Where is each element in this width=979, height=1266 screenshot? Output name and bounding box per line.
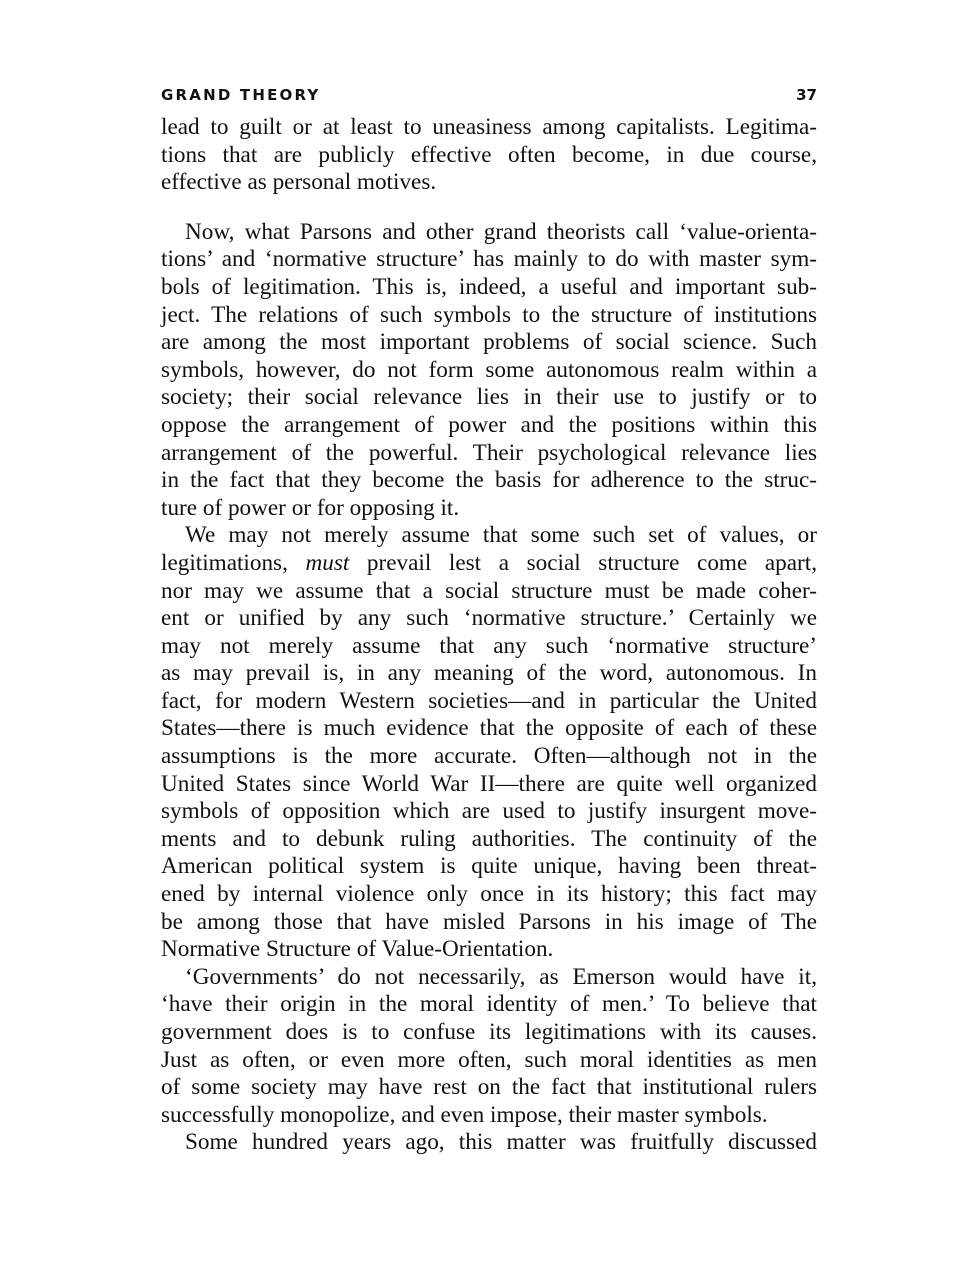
- text-line: society; their social relevance lies in …: [161, 384, 817, 412]
- text-line: We may not merely assume that some such …: [161, 522, 817, 550]
- text-line: are among the most important problems of…: [161, 329, 817, 357]
- text-line: in the fact that they become the basis f…: [161, 467, 817, 495]
- emphasis: must: [305, 550, 349, 576]
- text-line: legitimations, must prevail lest a socia…: [161, 550, 817, 578]
- text-line: American political system is quite uniqu…: [161, 853, 817, 881]
- text-line: Normative Structure of Value-Orientation…: [161, 936, 817, 964]
- text-line: States—there is much evidence that the o…: [161, 715, 817, 743]
- text-line: tions that are publicly effective often …: [161, 142, 817, 170]
- text-line: fact, for modern Western societies—and i…: [161, 688, 817, 716]
- book-page: GRAND THEORY 37 lead to guilt or at leas…: [161, 86, 817, 1157]
- text-line: be among those that have misled Parsons …: [161, 909, 817, 937]
- text-line: ened by internal violence only once in i…: [161, 881, 817, 909]
- paragraph: Now, what Parsons and other grand theori…: [161, 219, 817, 523]
- running-title: GRAND THEORY: [161, 86, 320, 104]
- text-line: may not merely assume that any such ‘nor…: [161, 633, 817, 661]
- text-line: United States since World War II—there a…: [161, 771, 817, 799]
- text-line: Now, what Parsons and other grand theori…: [161, 219, 817, 247]
- body-text: lead to guilt or at least to uneasiness …: [161, 114, 817, 1157]
- paragraph: Some hundred years ago, this matter was …: [161, 1129, 817, 1157]
- text-line: ent or unified by any such ‘normative st…: [161, 605, 817, 633]
- paragraph: ‘Governments’ do not necessarily, as Eme…: [161, 964, 817, 1130]
- text-line: symbols of opposition which are used to …: [161, 798, 817, 826]
- text-line: tions’ and ‘normative structure’ has mai…: [161, 246, 817, 274]
- text-line: ject. The relations of such symbols to t…: [161, 302, 817, 330]
- text-line: effective as personal motives.: [161, 169, 817, 197]
- text-line: arrangement of the powerful. Their psych…: [161, 440, 817, 468]
- text-line: bols of legitimation. This is, indeed, a…: [161, 274, 817, 302]
- text-line: ture of power or for opposing it.: [161, 495, 817, 523]
- text-line: ‘have their origin in the moral identity…: [161, 991, 817, 1019]
- text-line: as may prevail is, in any meaning of the…: [161, 660, 817, 688]
- text-line: ‘Governments’ do not necessarily, as Eme…: [161, 964, 817, 992]
- running-head: GRAND THEORY 37: [161, 86, 817, 110]
- text-line: of some society may have rest on the fac…: [161, 1074, 817, 1102]
- text-line: government does is to confuse its legiti…: [161, 1019, 817, 1047]
- text-line: nor may we assume that a social structur…: [161, 578, 817, 606]
- text-line: ments and to debunk ruling authorities. …: [161, 826, 817, 854]
- paragraph: We may not merely assume that some such …: [161, 522, 817, 964]
- text-line: successfully monopolize, and even impose…: [161, 1102, 817, 1130]
- page-number: 37: [796, 86, 817, 104]
- text-line: lead to guilt or at least to uneasiness …: [161, 114, 817, 142]
- text-line: Some hundred years ago, this matter was …: [161, 1129, 817, 1157]
- text-line: Just as often, or even more often, such …: [161, 1047, 817, 1075]
- section-gap: [161, 197, 817, 219]
- text-line: symbols, however, do not form some auton…: [161, 357, 817, 385]
- text-line: assumptions is the more accurate. Often—…: [161, 743, 817, 771]
- text-line: oppose the arrangement of power and the …: [161, 412, 817, 440]
- paragraph: lead to guilt or at least to uneasiness …: [161, 114, 817, 197]
